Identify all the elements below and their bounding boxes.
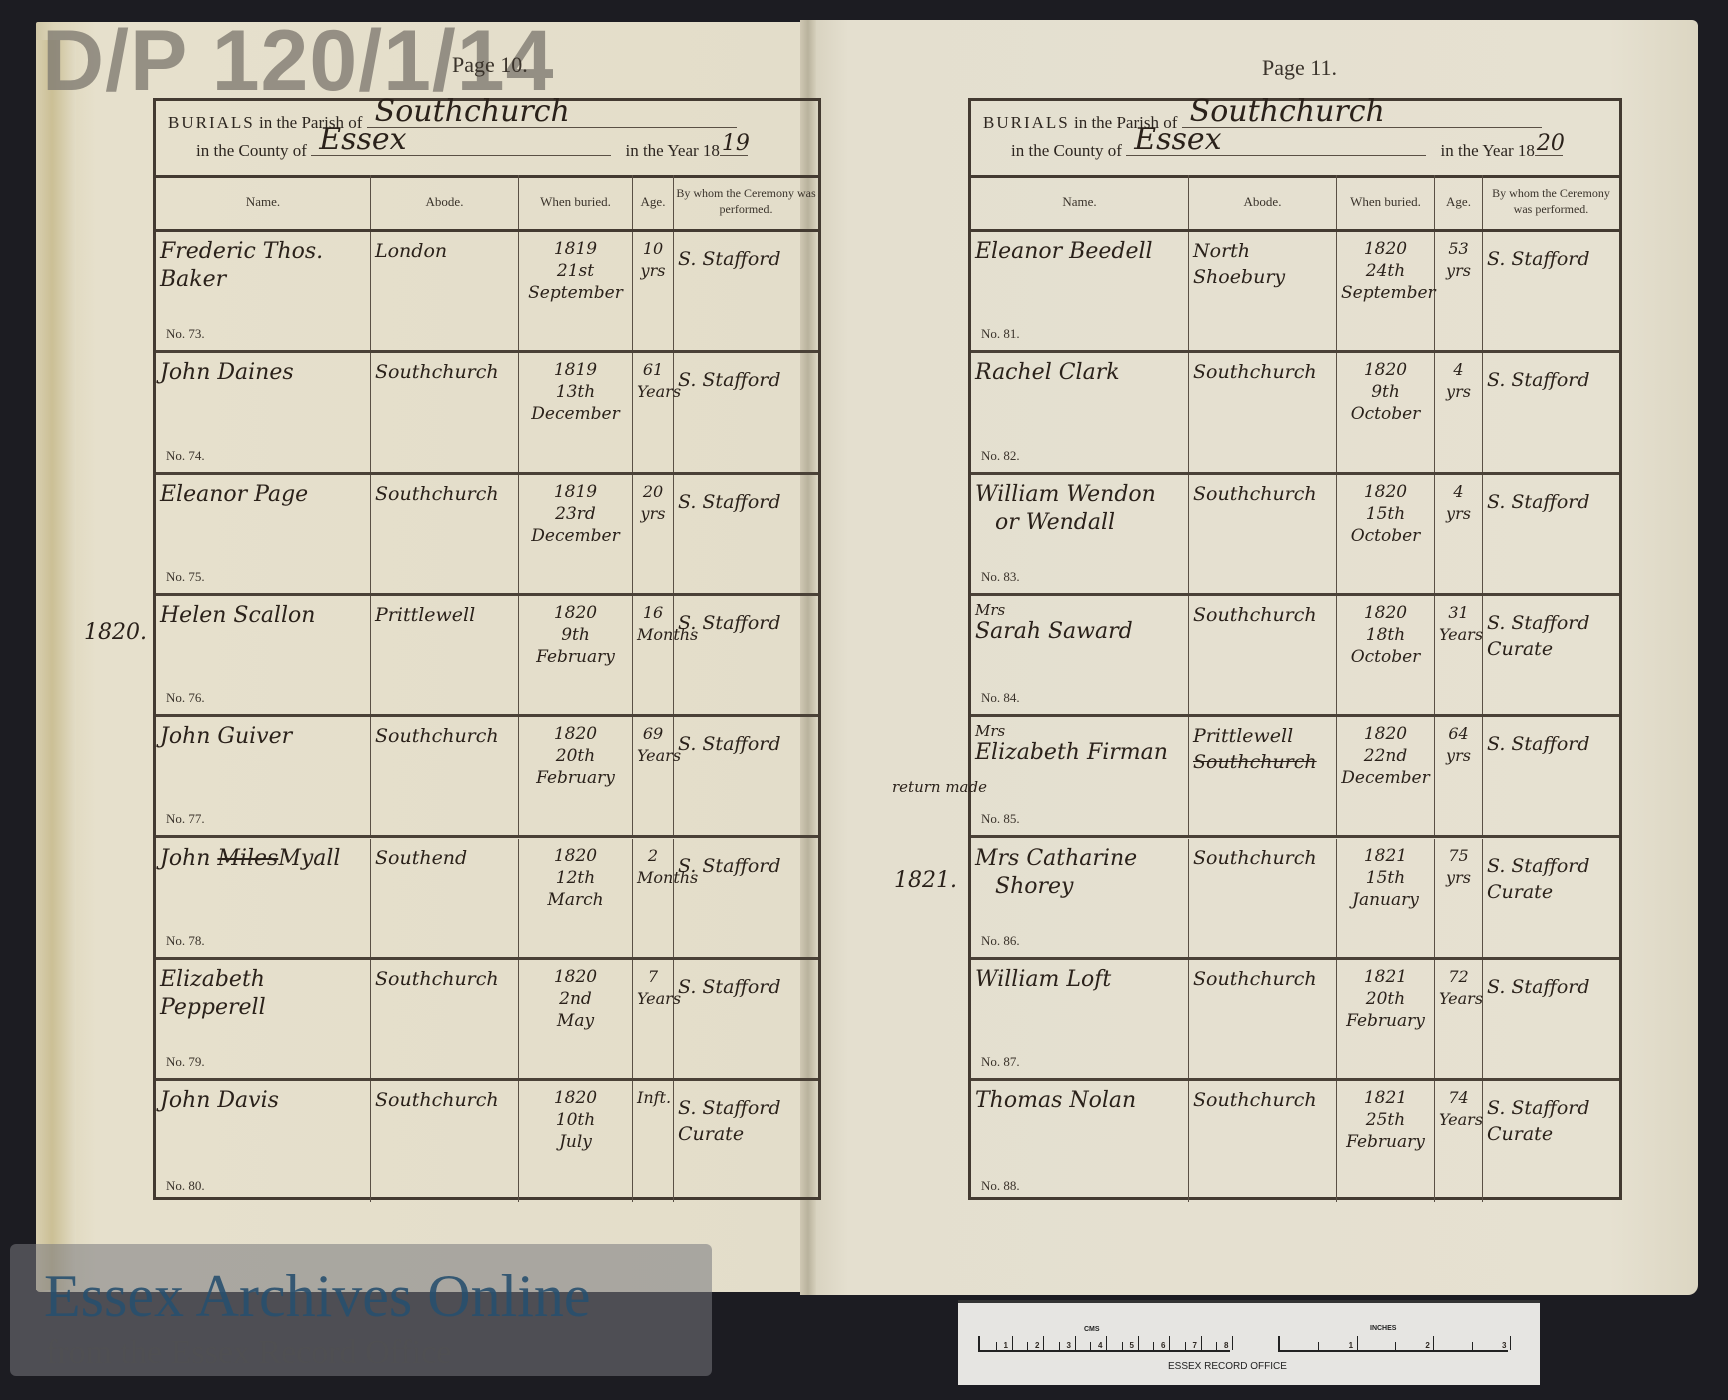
officiant-name: S. Stafford [678, 367, 814, 393]
name-cell: Helen ScallonNo. 76. [156, 596, 371, 714]
age-cell: 61 Years [633, 353, 674, 471]
table-row: John DainesNo. 74.Southchurch181913thDec… [156, 353, 818, 474]
age-text: 74 Years [1439, 1087, 1478, 1131]
person-name: John Daines [160, 359, 366, 387]
name-prefix: Mrs [975, 602, 1184, 618]
ruler-tick [1357, 1336, 1358, 1350]
age-cell: 75 yrs [1435, 839, 1483, 957]
ruler-label: 1 [1349, 1341, 1353, 1350]
ruler-tick [1169, 1336, 1170, 1350]
age-text: 20 yrs [637, 481, 669, 525]
abode-text: Southchurch [1193, 1087, 1332, 1113]
person-name: John Guiver [160, 723, 366, 751]
table-row: William LoftNo. 87.Southchurch182120thFe… [971, 960, 1619, 1081]
abode-text: Southchurch [1193, 481, 1332, 507]
cm-ruler: 12345678 [978, 1336, 1230, 1352]
burial-month: February [523, 767, 628, 789]
name-cell: Thomas NolanNo. 88. [971, 1081, 1189, 1202]
when-buried-cell: 182115thJanuary [1337, 839, 1435, 957]
burial-day: 25th [1341, 1109, 1430, 1131]
inch-ruler: 123 [1278, 1336, 1508, 1352]
column-header-age: Age. [633, 175, 674, 229]
burial-day: 24th [1341, 260, 1430, 282]
officiant-name: S. Stafford [678, 1095, 814, 1121]
entry-number: No. 77. [166, 811, 205, 827]
burial-day: 15th [1341, 867, 1430, 889]
burial-month: February [1341, 1010, 1430, 1032]
name-first: John [160, 846, 210, 871]
ruler-label: 6 [1161, 1341, 1165, 1350]
when-buried-cell: 182022ndDecember [1337, 717, 1435, 835]
ruler-tick [1075, 1336, 1076, 1350]
ruler-tick [1433, 1336, 1434, 1350]
when-buried-cell: 182018thOctober [1337, 596, 1435, 714]
officiant-cell: S. Stafford [674, 960, 818, 1078]
ruler-label: 1 [1004, 1341, 1008, 1350]
table-row: MrsSarah SawardNo. 84.Southchurch182018t… [971, 596, 1619, 717]
ruler-tick [1201, 1336, 1202, 1350]
entry-number: No. 81. [981, 326, 1020, 342]
abode-cell: Southchurch [1189, 596, 1337, 714]
column-header-by-whom: By whom the Ceremony was performed. [674, 175, 818, 229]
abode-cell: Southchurch [371, 717, 519, 835]
person-name: William Loft [975, 966, 1184, 994]
when-buried-cell: 181923rdDecember [519, 475, 633, 593]
ruler-tick [1059, 1342, 1060, 1350]
table-row: Eleanor PageNo. 75.Southchurch181923rdDe… [156, 475, 818, 596]
burial-month: March [523, 889, 628, 911]
abode-cell: Southend [371, 839, 519, 957]
abode-struck: Southchurch [1193, 749, 1332, 775]
entry-number: No. 88. [981, 1178, 1020, 1194]
ruler-tick [1472, 1342, 1473, 1350]
when-buried-cell: 181921stSeptember [519, 232, 633, 350]
burial-day: 20th [1341, 988, 1430, 1010]
page-number-left: Page 10. [452, 52, 528, 78]
burial-month: December [523, 403, 628, 425]
officiant-name: S. Stafford [1487, 246, 1615, 272]
age-text: 69 Years [637, 723, 669, 767]
column-header-abode: Abode. [371, 175, 519, 229]
burial-month: January [1341, 889, 1430, 911]
person-name: Rachel Clark [975, 359, 1184, 387]
burial-day: 23rd [523, 503, 628, 525]
abode-text: Prittlewell [375, 602, 514, 628]
abode-cell: Southchurch [371, 475, 519, 593]
column-header-when-buried: When buried. [519, 175, 633, 229]
officiant-name: S. Stafford [1487, 489, 1615, 515]
burial-month: February [523, 646, 628, 668]
age-text: 4 yrs [1439, 359, 1478, 403]
person-name: Sarah Saward [975, 618, 1184, 646]
parish-field: Southchurch [367, 109, 737, 128]
county-field: Essex [1126, 137, 1426, 156]
name-prefix: Mrs [975, 723, 1184, 739]
age-cell: 53 yrs [1435, 232, 1483, 350]
burial-month: February [1341, 1131, 1430, 1153]
entry-number: No. 79. [166, 1054, 205, 1070]
officiant-cell: S. Stafford [674, 475, 818, 593]
burial-year: 1820 [1341, 723, 1430, 745]
entry-number: No. 86. [981, 933, 1020, 949]
heading-burials: BURIALS [983, 113, 1070, 132]
ruler-tick [1027, 1342, 1028, 1350]
age-cell: 16 Months [633, 596, 674, 714]
burial-month: September [523, 282, 628, 304]
age-cell: 72 Years [1435, 960, 1483, 1078]
table-row: William Wendonor WendallNo. 83.Southchur… [971, 475, 1619, 596]
age-cell: 7 Years [633, 960, 674, 1078]
abode-text: Southchurch [375, 723, 514, 749]
ruler-tick [1106, 1336, 1107, 1350]
table-row: Elizabeth PepperellNo. 79.Southchurch182… [156, 960, 818, 1081]
abode-text: Southchurch [375, 481, 514, 507]
age-text: Inft. [637, 1087, 669, 1109]
column-header-name: Name. [156, 175, 371, 229]
burial-day: 21st [523, 260, 628, 282]
burial-day: 2nd [523, 988, 628, 1010]
column-header-by-whom: By whom the Ceremony was performed. [1483, 175, 1619, 229]
entry-number: No. 87. [981, 1054, 1020, 1070]
burial-year: 1820 [1341, 602, 1430, 624]
watermark-subtitle: from the Essex Record Office [46, 1336, 451, 1370]
age-cell: 4 yrs [1435, 475, 1483, 593]
abode-text: Southchurch [1193, 602, 1332, 628]
burial-day: 20th [523, 745, 628, 767]
name-cell: Mrs CatharineShoreyNo. 86. [971, 839, 1189, 957]
column-header-abode: Abode. [1189, 175, 1337, 229]
person-name: Frederic Thos. Baker [160, 238, 366, 294]
officiant-name: S. Stafford [1487, 853, 1615, 879]
age-text: 53 yrs [1439, 238, 1478, 282]
ruler-tick [1153, 1342, 1154, 1350]
age-text: 16 Months [637, 602, 669, 646]
officiant-title: Curate [1487, 1121, 1615, 1147]
officiant-cell: S. StaffordCurate [1483, 1081, 1619, 1202]
ruler-label: 2 [1425, 1341, 1429, 1350]
age-text: 7 Years [637, 966, 669, 1010]
ruler-label: 8 [1224, 1341, 1228, 1350]
name-cell: William LoftNo. 87. [971, 960, 1189, 1078]
when-buried-cell: 182012thMarch [519, 839, 633, 957]
age-cell: 20 yrs [633, 475, 674, 593]
when-buried-cell: 18209thFebruary [519, 596, 633, 714]
burial-day: 12th [523, 867, 628, 889]
abode-text: Southchurch [375, 966, 514, 992]
age-text: 2 Months [637, 845, 669, 889]
entry-number: No. 80. [166, 1178, 205, 1194]
entry-number: No. 73. [166, 326, 205, 342]
officiant-name: S. Stafford [678, 489, 814, 515]
burial-day: 13th [523, 381, 628, 403]
burial-month: December [1341, 767, 1430, 789]
name-last: Myall [278, 846, 340, 871]
when-buried-cell: 182125thFebruary [1337, 1081, 1435, 1202]
abode-text: North Shoebury [1193, 238, 1332, 290]
age-text: 75 yrs [1439, 845, 1478, 889]
page-edge [36, 40, 76, 1290]
officiant-cell: S. Stafford [674, 717, 818, 835]
when-buried-cell: 18202ndMay [519, 960, 633, 1078]
age-cell: 74 Years [1435, 1081, 1483, 1202]
when-buried-cell: 181913thDecember [519, 353, 633, 471]
person-name: Eleanor Page [160, 481, 366, 509]
officiant-title: Curate [1487, 636, 1615, 662]
burial-month: May [523, 1010, 628, 1032]
county-field: Essex [311, 137, 611, 156]
officiant-cell: S. Stafford [1483, 353, 1619, 471]
burial-year: 1820 [1341, 481, 1430, 503]
ruler-tick [996, 1342, 997, 1350]
age-text: 10 yrs [637, 238, 669, 282]
table-row: Frederic Thos. BakerNo. 73.London181921s… [156, 232, 818, 353]
margin-year-note: 1821. [894, 868, 957, 893]
ruler-tick [1216, 1342, 1217, 1350]
age-cell: 69 Years [633, 717, 674, 835]
burial-month: July [523, 1131, 628, 1153]
burial-day: 18th [1341, 624, 1430, 646]
abode-cell: Southchurch [1189, 1081, 1337, 1202]
column-header-when-buried: When buried. [1337, 175, 1435, 229]
ruler-label: 3 [1502, 1341, 1506, 1350]
age-text: 4 yrs [1439, 481, 1478, 525]
abode-cell: Southchurch [1189, 839, 1337, 957]
ruler-tick [1122, 1342, 1123, 1350]
person-name: William Wendon [975, 481, 1184, 509]
officiant-cell: S. Stafford [674, 353, 818, 471]
age-cell: Inft. [633, 1081, 674, 1202]
entry-number: No. 78. [166, 933, 205, 949]
officiant-cell: S. StaffordCurate [1483, 596, 1619, 714]
officiant-cell: S. StaffordCurate [1483, 839, 1619, 957]
name-struck: Miles [217, 846, 278, 871]
burial-day: 15th [1341, 503, 1430, 525]
person-name-line2: or Wendall [975, 509, 1184, 537]
ruler-tick [1232, 1336, 1233, 1350]
person-name: Thomas Nolan [975, 1087, 1184, 1115]
abode-text: Southchurch [375, 1087, 514, 1113]
burial-month: September [1341, 282, 1430, 304]
entry-number: No. 85. [981, 811, 1020, 827]
person-name: Elizabeth Firman [975, 739, 1184, 767]
burial-year: 1820 [523, 602, 628, 624]
officiant-cell: S. Stafford [1483, 960, 1619, 1078]
abode-text: Southchurch [1193, 845, 1332, 871]
officiant-cell: S. StaffordCurate [674, 1081, 818, 1202]
abode-cell: Southchurch [371, 353, 519, 471]
officiant-name: S. Stafford [1487, 974, 1615, 1000]
officiant-title: Curate [678, 1121, 814, 1147]
person-name: John Davis [160, 1087, 366, 1115]
abode-cell: PrittlewellSouthchurch [1189, 717, 1337, 835]
burial-year: 1820 [1341, 359, 1430, 381]
age-text: 61 Years [637, 359, 669, 403]
age-cell: 64 yrs [1435, 717, 1483, 835]
burial-day: 9th [523, 624, 628, 646]
burial-year: 1821 [1341, 966, 1430, 988]
officiant-name: S. Stafford [678, 731, 814, 757]
officiant-cell: S. Stafford [1483, 232, 1619, 350]
name-cell: Eleanor PageNo. 75. [156, 475, 371, 593]
officiant-name: S. Stafford [1487, 610, 1615, 636]
name-cell: MrsSarah SawardNo. 84. [971, 596, 1189, 714]
abode-cell: London [371, 232, 519, 350]
age-text: 64 yrs [1439, 723, 1478, 767]
burial-month: December [523, 525, 628, 547]
heading-burials: BURIALS [168, 113, 255, 132]
ruler-tick [1090, 1342, 1091, 1350]
name-cell: William Wendonor WendallNo. 83. [971, 475, 1189, 593]
abode-text: Southchurch [1193, 966, 1332, 992]
name-cell: John GuiverNo. 77. [156, 717, 371, 835]
when-buried-cell: 182020thFebruary [519, 717, 633, 835]
name-cell: MrsElizabeth FirmanNo. 85. [971, 717, 1189, 835]
burial-month: October [1341, 403, 1430, 425]
person-name: Eleanor Beedell [975, 238, 1184, 266]
officiant-cell: S. Stafford [674, 596, 818, 714]
officiant-cell: S. Stafford [674, 232, 818, 350]
burial-year: 1821 [1341, 845, 1430, 867]
table-row: Eleanor BeedellNo. 81.North Shoebury1820… [971, 232, 1619, 353]
table-row: John GuiverNo. 77.Southchurch182020thFeb… [156, 717, 818, 838]
age-cell: 2 Months [633, 839, 674, 957]
ruler-tick [1043, 1336, 1044, 1350]
burial-register-right: BURIALS in the Parish of Southchurch in … [968, 98, 1622, 1200]
abode-text: Southchurch [1193, 359, 1332, 385]
ruler-label: 3 [1067, 1341, 1071, 1350]
ruler-tick [1138, 1336, 1139, 1350]
table-row: Mrs CatharineShoreyNo. 86.Southchurch182… [971, 839, 1619, 960]
abode-cell: Southchurch [1189, 475, 1337, 593]
burial-year: 1820 [523, 1087, 628, 1109]
age-text: 72 Years [1439, 966, 1478, 1010]
abode-text: Prittlewell [1193, 723, 1332, 749]
person-name: Elizabeth Pepperell [160, 966, 366, 1022]
ruler-label: 4 [1098, 1341, 1102, 1350]
age-cell: 31 Years [1435, 596, 1483, 714]
burial-year: 1820 [1341, 238, 1430, 260]
when-buried-cell: 182010thJuly [519, 1081, 633, 1202]
margin-year-note: 1820. [84, 620, 147, 645]
officiant-name: S. Stafford [1487, 731, 1615, 757]
ruler-label: 5 [1130, 1341, 1134, 1350]
age-text: 31 Years [1439, 602, 1478, 646]
officiant-title: Curate [1487, 879, 1615, 905]
ruler-tick [1395, 1342, 1396, 1350]
age-cell: 4 yrs [1435, 353, 1483, 471]
abode-cell: Southchurch [1189, 960, 1337, 1078]
table-row: Helen ScallonNo. 76.Prittlewell18209thFe… [156, 596, 818, 717]
name-cell: Rachel ClarkNo. 82. [971, 353, 1189, 471]
register-heading: BURIALS in the Parish of Southchurch in … [156, 101, 818, 178]
table-row: Rachel ClarkNo. 82.Southchurch18209thOct… [971, 353, 1619, 474]
burial-year: 1819 [523, 481, 628, 503]
ruler-label: 2 [1035, 1341, 1039, 1350]
name-cell: John MilesMyallNo. 78. [156, 839, 371, 957]
name-cell: Frederic Thos. BakerNo. 73. [156, 232, 371, 350]
entry-number: No. 74. [166, 448, 205, 464]
entry-number: No. 82. [981, 448, 1020, 464]
scale-caption: ESSEX RECORD OFFICE [1168, 1361, 1287, 1372]
parish-field: Southchurch [1182, 109, 1542, 128]
burial-register-left: BURIALS in the Parish of Southchurch in … [153, 98, 821, 1200]
table-row: MrsElizabeth FirmanNo. 85.PrittlewellSou… [971, 717, 1619, 838]
entry-number: No. 84. [981, 690, 1020, 706]
when-buried-cell: 18209thOctober [1337, 353, 1435, 471]
officiant-name: S. Stafford [678, 246, 814, 272]
burial-year: 1820 [523, 966, 628, 988]
table-row: John DavisNo. 80.Southchurch182010thJuly… [156, 1081, 818, 1202]
when-buried-cell: 182120thFebruary [1337, 960, 1435, 1078]
year-field: 19 [720, 137, 748, 156]
abode-text: Southchurch [375, 359, 514, 385]
table-row: Thomas NolanNo. 88.Southchurch182125thFe… [971, 1081, 1619, 1202]
abode-cell: North Shoebury [1189, 232, 1337, 350]
entry-number: No. 76. [166, 690, 205, 706]
burial-year: 1820 [523, 845, 628, 867]
officiant-cell: S. Stafford [1483, 475, 1619, 593]
burial-month: October [1341, 646, 1430, 668]
name-cell: John DavisNo. 80. [156, 1081, 371, 1202]
year-field: 20 [1535, 137, 1563, 156]
name-cell: John DainesNo. 74. [156, 353, 371, 471]
scale-bar: CMS 12345678 INCHES 123 ESSEX RECORD OFF… [958, 1300, 1540, 1385]
ruler-tick [1318, 1342, 1319, 1350]
abode-cell: Prittlewell [371, 596, 519, 714]
officiant-name: S. Stafford [1487, 1095, 1615, 1121]
burial-day: 9th [1341, 381, 1430, 403]
burial-month: October [1341, 525, 1430, 547]
watermark-title: Essex Archives Online [44, 1266, 591, 1326]
ruler-tick [1012, 1336, 1013, 1350]
ruler-label: 7 [1193, 1341, 1197, 1350]
person-name: Mrs Catharine [975, 845, 1184, 873]
column-header-name: Name. [971, 175, 1189, 229]
abode-text: Southend [375, 845, 514, 871]
person-name-line2: Shorey [975, 873, 1184, 901]
when-buried-cell: 182015thOctober [1337, 475, 1435, 593]
person-name: John MilesMyall [160, 845, 366, 873]
entry-number: No. 75. [166, 569, 205, 585]
page-number-right: Page 11. [1262, 55, 1337, 81]
officiant-name: S. Stafford [678, 974, 814, 1000]
officiant-name: S. Stafford [1487, 367, 1615, 393]
abode-cell: Southchurch [1189, 353, 1337, 471]
table-row: John MilesMyallNo. 78.Southend182012thMa… [156, 839, 818, 960]
name-cell: Elizabeth PepperellNo. 79. [156, 960, 371, 1078]
officiant-cell: S. Stafford [1483, 717, 1619, 835]
burial-day: 22nd [1341, 745, 1430, 767]
name-cell: Eleanor BeedellNo. 81. [971, 232, 1189, 350]
entry-number: No. 83. [981, 569, 1020, 585]
abode-text: London [375, 238, 514, 264]
register-heading: BURIALS in the Parish of Southchurch in … [971, 101, 1619, 178]
ruler-tick [1185, 1342, 1186, 1350]
age-cell: 10 yrs [633, 232, 674, 350]
burial-day: 10th [523, 1109, 628, 1131]
officiant-name: S. Stafford [678, 853, 814, 879]
officiant-cell: S. Stafford [674, 839, 818, 957]
burial-year: 1821 [1341, 1087, 1430, 1109]
burial-year: 1820 [523, 723, 628, 745]
abode-cell: Southchurch [371, 960, 519, 1078]
abode-cell: Southchurch [371, 1081, 519, 1202]
column-header-age: Age. [1435, 175, 1483, 229]
margin-return-note: return made [892, 778, 987, 796]
burial-year: 1819 [523, 238, 628, 260]
when-buried-cell: 182024thSeptember [1337, 232, 1435, 350]
person-name: Helen Scallon [160, 602, 366, 630]
